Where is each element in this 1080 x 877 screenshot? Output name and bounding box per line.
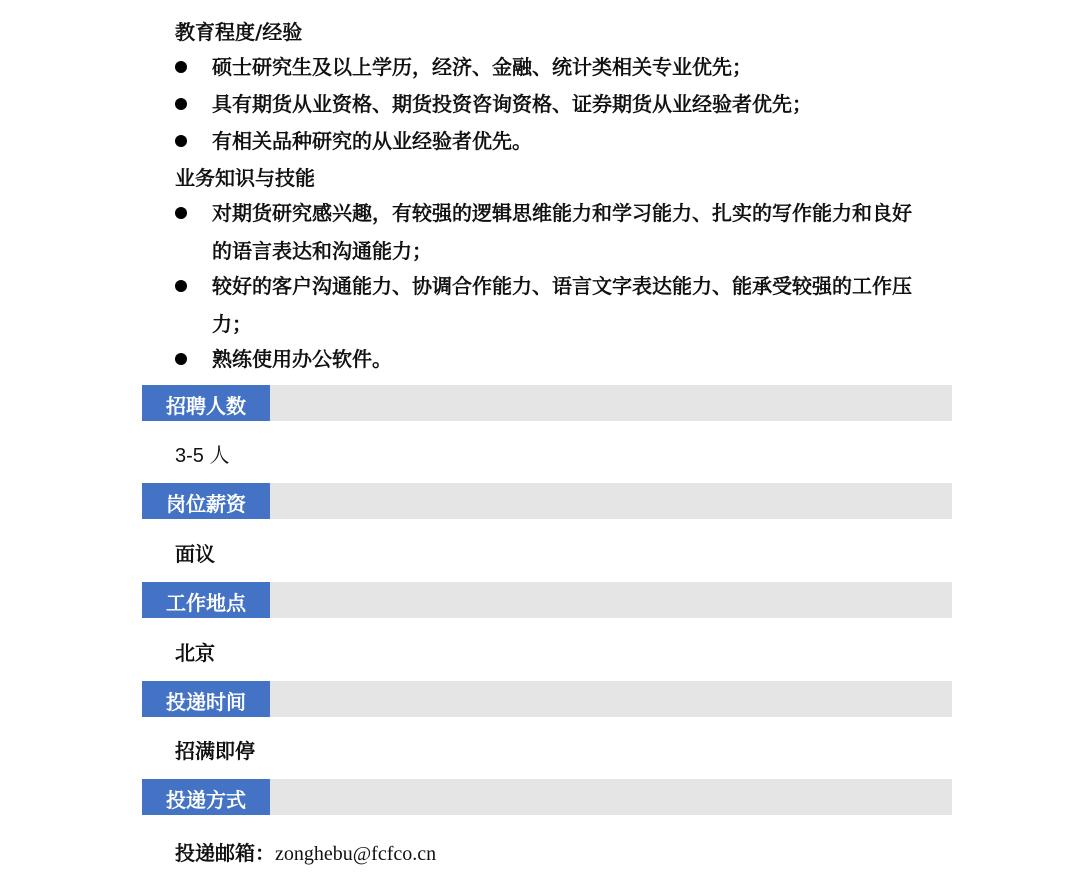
- email-address-link[interactable]: zonghebu@fcfco.cn: [275, 843, 436, 865]
- location-value: 北京: [175, 640, 215, 666]
- section-label-location: 工作地点: [142, 582, 270, 618]
- job-posting-page: 教育程度/经验 硕士研究生及以上学历，经济、金融、统计类相关专业优先； 具有期货…: [0, 0, 1080, 877]
- skills-item: 对期货研究感兴趣，有较强的逻辑思维能力和学习能力、扎实的写作能力和良好的语言表达…: [175, 194, 915, 270]
- bullet-icon: [175, 353, 187, 365]
- bullet-icon: [175, 61, 187, 73]
- education-heading: 教育程度/经验: [175, 19, 302, 45]
- bullet-icon: [175, 98, 187, 110]
- education-item-text: 硕士研究生及以上学历，经济、金融、统计类相关专业优先；: [212, 48, 955, 86]
- education-item-text: 有相关品种研究的从业经验者优先。: [212, 122, 955, 160]
- bullet-icon: [175, 280, 187, 292]
- bullet-icon: [175, 135, 187, 147]
- skills-heading: 业务知识与技能: [175, 165, 315, 191]
- application-email-row: 投递邮箱：zonghebu@fcfco.cn: [175, 840, 436, 867]
- section-label-application-period: 投递时间: [142, 681, 270, 717]
- skills-item-text: 对期货研究感兴趣，有较强的逻辑思维能力和学习能力、扎实的写作能力和良好的语言表达…: [212, 194, 915, 270]
- skills-item: 较好的客户沟通能力、协调合作能力、语言文字表达能力、能承受较强的工作压力；: [175, 267, 915, 343]
- section-label-salary: 岗位薪资: [142, 483, 270, 519]
- section-label-application-method: 投递方式: [142, 779, 270, 815]
- skills-item-text: 较好的客户沟通能力、协调合作能力、语言文字表达能力、能承受较强的工作压力；: [212, 267, 915, 343]
- email-label: 投递邮箱：: [175, 841, 275, 865]
- skills-item: 熟练使用办公软件。: [175, 340, 955, 378]
- section-bar-salary: 岗位薪资: [142, 483, 952, 519]
- education-item: 具有期货从业资格、期货投资咨询资格、证券期货从业经验者优先；: [175, 85, 955, 123]
- application-period-value: 招满即停: [175, 738, 255, 764]
- headcount-value: 3-5 人: [175, 443, 229, 469]
- section-bar-application-period: 投递时间: [142, 681, 952, 717]
- education-item: 有相关品种研究的从业经验者优先。: [175, 122, 955, 160]
- bullet-icon: [175, 207, 187, 219]
- education-item-text: 具有期货从业资格、期货投资咨询资格、证券期货从业经验者优先；: [212, 85, 955, 123]
- section-bar-headcount: 招聘人数: [142, 385, 952, 421]
- skills-item-text: 熟练使用办公软件。: [212, 340, 955, 378]
- section-label-headcount: 招聘人数: [142, 385, 270, 421]
- education-item: 硕士研究生及以上学历，经济、金融、统计类相关专业优先；: [175, 48, 955, 86]
- section-bar-application-method: 投递方式: [142, 779, 952, 815]
- salary-value: 面议: [175, 541, 215, 567]
- section-bar-location: 工作地点: [142, 582, 952, 618]
